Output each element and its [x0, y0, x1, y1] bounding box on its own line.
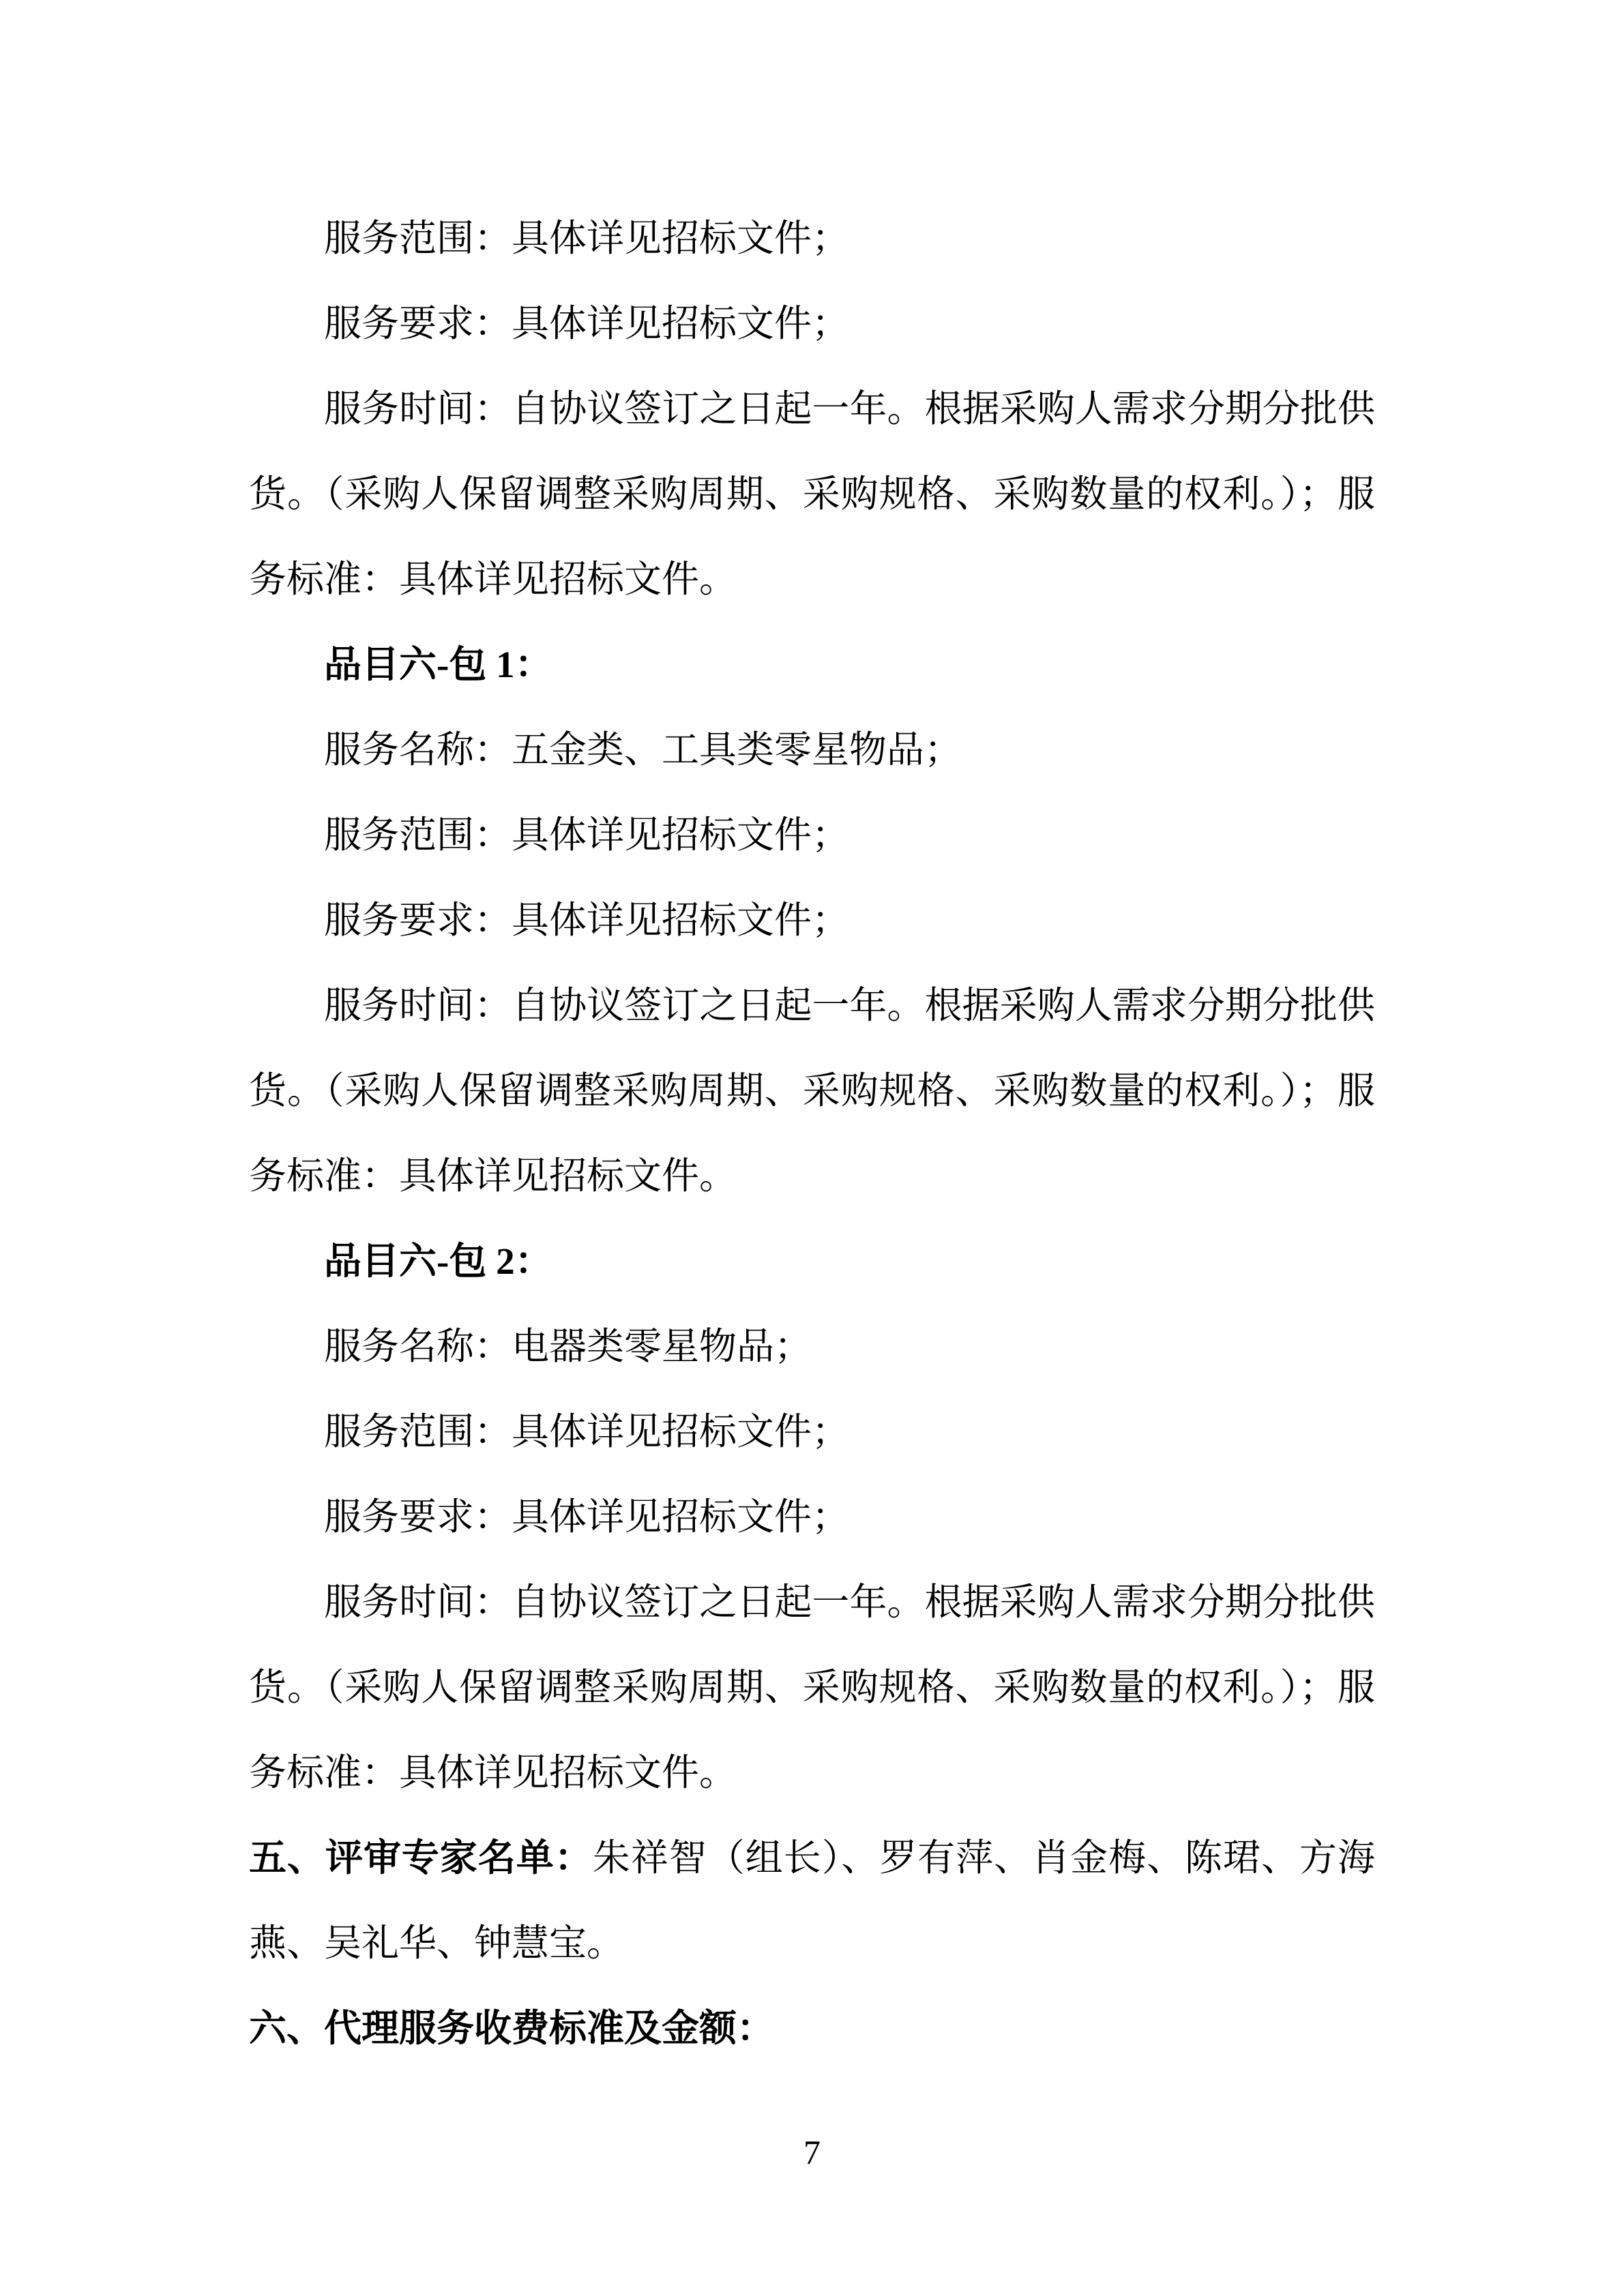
heading-agency-fee: 六、代理服务收费标准及金额： [249, 1986, 1375, 2071]
para-expert-list: 五、评审专家名单：朱祥智（组长）、罗有萍、肖金梅、陈珺、方海燕、吴礼华、钟慧宝。 [249, 1815, 1375, 1986]
heading-item6-package2: 品目六-包 2： [249, 1219, 1375, 1304]
document-page: 服务范围：具体详见招标文件； 服务要求：具体详见招标文件； 服务时间：自协议签订… [0, 0, 1624, 2296]
para-service-name-package1: 服务名称：五金类、工具类零星物品； [249, 707, 1375, 792]
para-service-name-package2: 服务名称：电器类零星物品； [249, 1304, 1375, 1389]
para-service-time-1: 服务时间：自协议签订之日起一年。根据采购人需求分期分批供货。（采购人保留调整采购… [249, 366, 1375, 622]
para-service-time-package2: 服务时间：自协议签订之日起一年。根据采购人需求分期分批供货。（采购人保留调整采购… [249, 1560, 1375, 1815]
expert-list-label: 五、评审专家名单： [249, 1837, 593, 1879]
heading-item6-package1: 品目六-包 1： [249, 622, 1375, 707]
para-service-scope-package2: 服务范围：具体详见招标文件； [249, 1389, 1375, 1474]
para-service-time-package1: 服务时间：自协议签订之日起一年。根据采购人需求分期分批供货。（采购人保留调整采购… [249, 963, 1375, 1219]
page-number: 7 [0, 2110, 1624, 2195]
para-service-requirement-1: 服务要求：具体详见招标文件； [249, 281, 1375, 366]
document-body: 服务范围：具体详见招标文件； 服务要求：具体详见招标文件； 服务时间：自协议签订… [249, 196, 1375, 2071]
para-service-requirement-package1: 服务要求：具体详见招标文件； [249, 878, 1375, 963]
para-service-scope-1: 服务范围：具体详见招标文件； [249, 196, 1375, 281]
para-service-requirement-package2: 服务要求：具体详见招标文件； [249, 1474, 1375, 1560]
para-service-scope-package1: 服务范围：具体详见招标文件； [249, 792, 1375, 878]
